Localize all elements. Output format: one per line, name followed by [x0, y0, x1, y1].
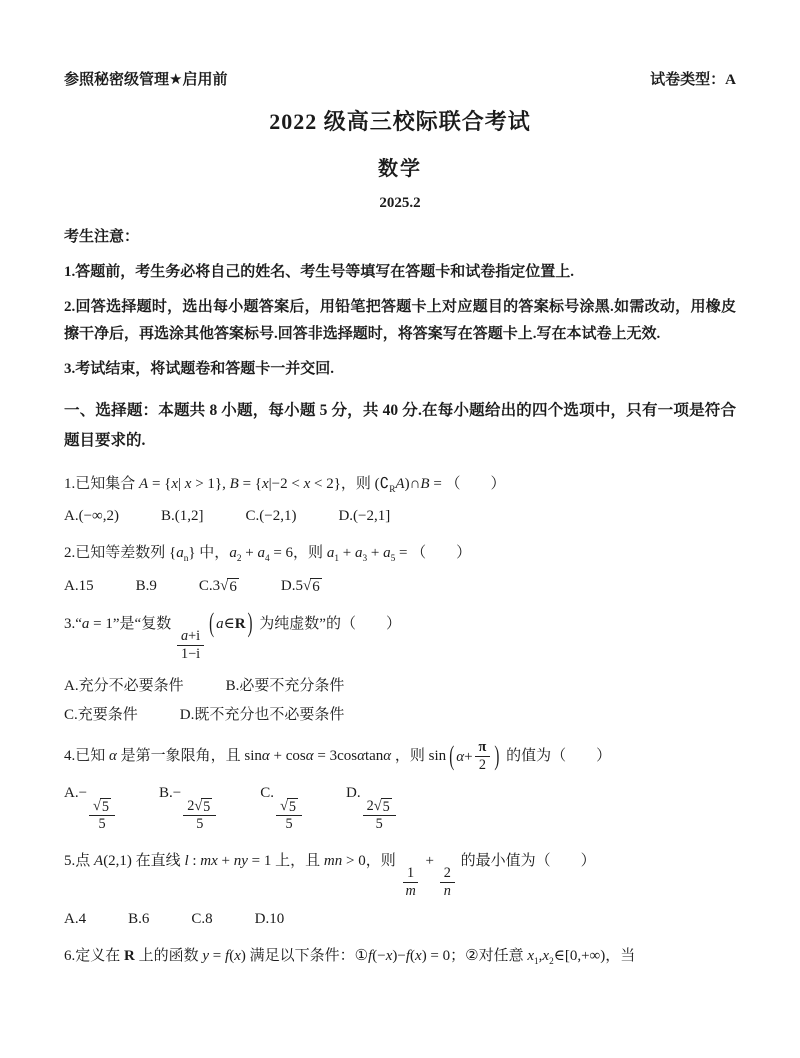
options-row: A.(−∞,2)B.(1,2]C.(−2,1)D.(−2,1]	[64, 508, 736, 525]
question-option: B.必要不充分条件	[226, 674, 345, 695]
question: 2.已知等差数列 {an} 中，a2 + a4 = 6，则 a1 + a3 + …	[64, 540, 736, 596]
header-row: 参照秘密级管理★启用前 试卷类型：A	[64, 68, 736, 89]
notice-item: 2.回答选择题时，选出每小题答案后，用铅笔把答题卡上对应题目的答案标号涂黑.如需…	[64, 294, 736, 350]
question-option: A.4	[64, 911, 86, 928]
notice-heading: 考生注意：	[64, 224, 736, 252]
question-stem: 4.已知 α 是第一象限角，且 sinα + cosα = 3cosαtanα …	[64, 739, 736, 774]
notice-item: 3.考试结束，将试题卷和答题卡一并交回.	[64, 356, 736, 384]
question-stem: 3.“a = 1”是“复数 a+i1−i(a∈R) 为纯虚数”的（ ）	[64, 611, 736, 663]
section-heading: 一、选择题：本题共 8 小题，每小题 5 分，共 40 分.在每小题给出的四个选…	[64, 396, 736, 456]
exam-date: 2025.2	[64, 195, 736, 212]
question-option: D.10	[255, 911, 285, 928]
question-option: D.既不充分也不必要条件	[180, 703, 345, 724]
question-option: C.(−2,1)	[245, 508, 296, 525]
question-stem: 5.点 A(2,1) 在直线 l : mx + ny = 1 上，且 mn > …	[64, 848, 736, 900]
question-option: C.3√6	[199, 578, 239, 596]
question-option: B.−2√55	[159, 785, 218, 833]
document-page: 参照秘密级管理★启用前 试卷类型：A 2022 级高三校际联合考试 数学 202…	[0, 0, 800, 1058]
question-option: B.6	[128, 911, 149, 928]
question: 6.定义在 R 上的函数 y = f(x) 满足以下条件：①f(−x)−f(x)…	[64, 943, 736, 969]
question-option: C.8	[191, 911, 212, 928]
question-stem: 6.定义在 R 上的函数 y = f(x) 满足以下条件：①f(−x)−f(x)…	[64, 943, 736, 969]
options-row: A.4B.6C.8D.10	[64, 911, 736, 928]
question: 5.点 A(2,1) 在直线 l : mx + ny = 1 上，且 mn > …	[64, 848, 736, 928]
question-option: A.(−∞,2)	[64, 508, 119, 525]
question: 4.已知 α 是第一象限角，且 sinα + cosα = 3cosαtanα …	[64, 739, 736, 833]
question: 3.“a = 1”是“复数 a+i1−i(a∈R) 为纯虚数”的（ ）A.充分不…	[64, 611, 736, 724]
question-option: B.(1,2]	[161, 508, 204, 525]
question-stem: 1.已知集合 A = {x| x > 1}, B = {x|−2 < x < 2…	[64, 471, 736, 497]
question-option: A.15	[64, 578, 94, 595]
secrecy-label: 参照秘密级管理★启用前	[64, 68, 227, 89]
question-option: C.充要条件	[64, 703, 138, 724]
question-option: D.5√6	[281, 578, 322, 596]
question-option: A.充分不必要条件	[64, 674, 184, 695]
question-option: C.√55	[260, 785, 304, 833]
question-stem: 2.已知等差数列 {an} 中，a2 + a4 = 6，则 a1 + a3 + …	[64, 540, 736, 566]
notice-block: 考生注意： 1.答题前，考生务必将自己的姓名、考生号等填写在答题卡和试卷指定位置…	[64, 224, 736, 384]
question-option: A.−√55	[64, 785, 117, 833]
question-list: 1.已知集合 A = {x| x > 1}, B = {x|−2 < x < 2…	[64, 471, 736, 969]
notice-item: 1.答题前，考生务必将自己的姓名、考生号等填写在答题卡和试卷指定位置上.	[64, 259, 736, 287]
options-row: A.15B.9C.3√6D.5√6	[64, 578, 736, 596]
question-option: D.2√55	[346, 785, 398, 833]
options-row: C.充要条件D.既不充分也不必要条件	[64, 703, 736, 724]
exam-title: 2022 级高三校际联合考试	[64, 105, 736, 136]
question: 1.已知集合 A = {x| x > 1}, B = {x|−2 < x < 2…	[64, 471, 736, 525]
question-option: D.(−2,1]	[338, 508, 390, 525]
question-option: B.9	[136, 578, 157, 595]
paper-type-label: 试卷类型：A	[650, 68, 736, 89]
options-row: A.−√55B.−2√55C.√55D.2√55	[64, 785, 736, 833]
subject-title: 数学	[64, 152, 736, 181]
options-row: A.充分不必要条件B.必要不充分条件	[64, 674, 736, 695]
